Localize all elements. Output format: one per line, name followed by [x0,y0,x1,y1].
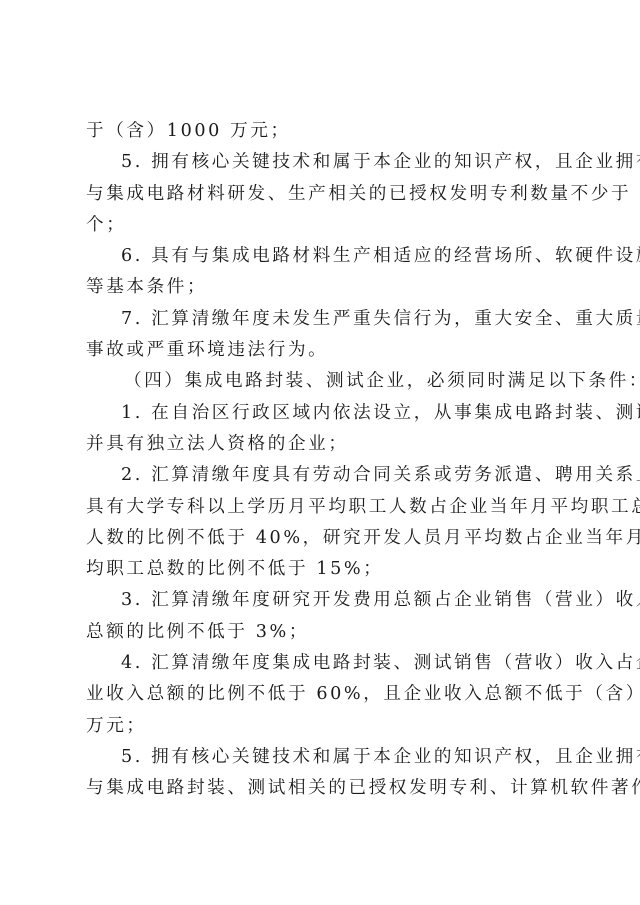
text-line-8: 事故或严重环境违法行为。 [86,335,560,366]
text-line-15: 均职工总数的比例不低于 15%； [86,554,560,585]
text-line-7: 7. 汇算清缴年度未发生严重失信行为，重大安全、重大质量 [86,304,560,335]
text-line-10: 1. 在自治区行政区域内依法设立，从事集成电路封装、测试 [86,398,560,429]
text-line-3: 与集成电路材料研发、生产相关的已授权发明专利数量不少于 5 [86,179,560,210]
text-line-20: 万元； [86,711,560,742]
text-line-13: 具有大学专科以上学历月平均职工人数占企业当年月平均职工总 [86,492,560,523]
text-line-17: 总额的比例不低于 3%； [86,617,560,648]
text-line-4: 个； [86,210,560,241]
text-line-14: 人数的比例不低于 40%，研究开发人员月平均数占企业当年月平 [86,523,560,554]
text-line-2: 5. 拥有核心关键技术和属于本企业的知识产权，且企业拥有 [86,147,560,178]
text-line-21: 5. 拥有核心关键技术和属于本企业的知识产权，且企业拥有 [86,742,560,773]
document-page: 于（含）1000 万元； 5. 拥有核心关键技术和属于本企业的知识产权，且企业拥… [86,116,560,805]
section-heading: （四）集成电路封装、测试企业，必须同时满足以下条件： [86,366,560,397]
text-line-16: 3. 汇算清缴年度研究开发费用总额占企业销售（营业）收入 [86,585,560,616]
text-line-19: 业收入总额的比例不低于 60%，且企业收入总额不低于（含）2000 [86,679,560,710]
text-line-5: 6. 具有与集成电路材料生产相适应的经营场所、软硬件设施 [86,241,560,272]
text-line-18: 4. 汇算清缴年度集成电路封装、测试销售（营收）收入占企 [86,648,560,679]
text-line-12: 2. 汇算清缴年度具有劳动合同关系或劳务派遣、聘用关系且 [86,460,560,491]
text-line-22: 与集成电路封装、测试相关的已授权发明专利、计算机软件著作 [86,773,560,804]
text-line-11: 并具有独立法人资格的企业； [86,429,560,460]
text-line-1: 于（含）1000 万元； [86,116,560,147]
text-line-6: 等基本条件； [86,272,560,303]
